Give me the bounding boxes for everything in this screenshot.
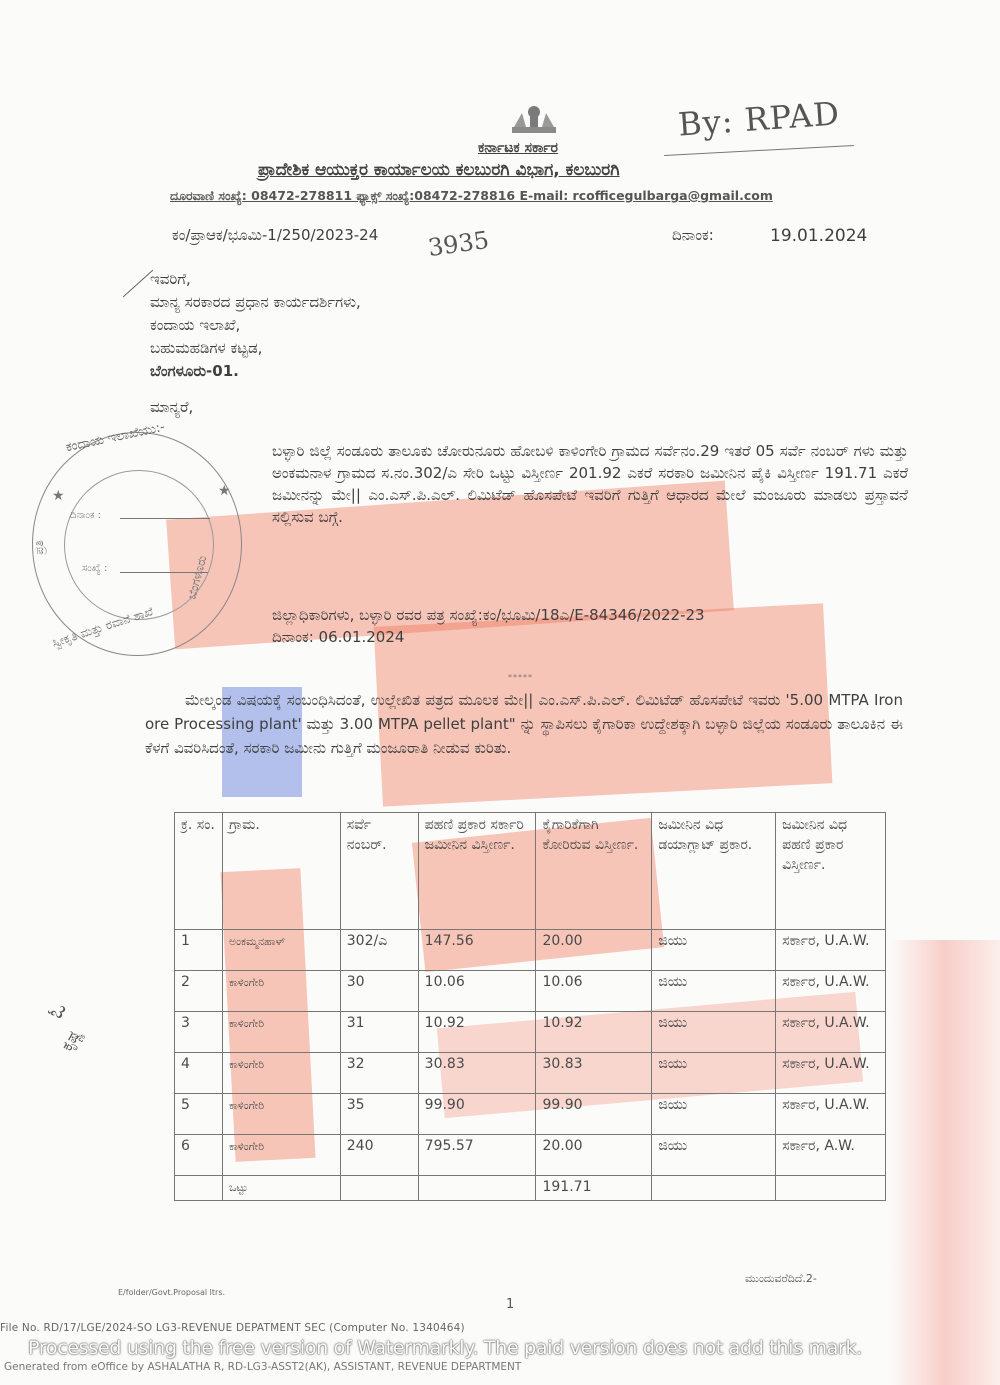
cell-type-diaglot: ಜಿಯು (652, 971, 776, 1012)
government-name: ಕರ್ನಾಟಕ ಸರ್ಕಾರ (478, 140, 558, 156)
cell-requested: 10.06 (536, 971, 652, 1012)
total-requested: 191.71 (536, 1176, 652, 1201)
cell-type-diaglot: ಜಿಯು (652, 1135, 776, 1176)
header-sl: ಕ್ರ. ಸಂ. (175, 813, 223, 930)
cell-govt-area: 10.06 (418, 971, 536, 1012)
cell-govt-area: 30.83 (418, 1053, 536, 1094)
reference-letter-text: ಜಿಲ್ಲಾಧಿಕಾರಿಗಳು, ಬಳ್ಳಾರಿ ರವರ ಪತ್ರ ಸಂಖ್ಯೆ… (272, 604, 912, 626)
cell-type-diaglot: ಜಿಯು (652, 1053, 776, 1094)
addressee-block: ಇವರಿಗೆ, ಮಾನ್ಯ ಸರಕಾರದ ಪ್ರಧಾನ ಕಾರ್ಯದರ್ಶಿಗಳ… (150, 268, 361, 383)
cell-village: ಕಾಳಿಂಗೇರಿ (222, 1012, 340, 1053)
scan-smear (890, 940, 1000, 1385)
handwritten-inward-number: 3935 (426, 226, 490, 262)
office-name: ಪ್ರಾದೇಶಿಕ ಆಯುಕ್ತರ ಕಾರ್ಯಾಲಯ ಕಲಬುರಗಿ ವಿಭಾಗ… (258, 160, 620, 180)
cell-type-pahani: ಸರ್ಕಾರ, U.A.W. (776, 971, 886, 1012)
header-village: ಗ್ರಾಮ. (222, 813, 340, 930)
cell-requested: 99.90 (536, 1094, 652, 1135)
cell-requested: 10.92 (536, 1012, 652, 1053)
addressee-city: ಬೆಂಗಳೂರು-01. (150, 360, 361, 383)
header-govt-area: ಪಹಣಿ ಪ್ರಕಾರ ಸರ್ಕಾರಿ ಜಮೀನಿನ ವಿಸ್ತೀರ್ಣ. (418, 813, 536, 930)
continued-note: ಮುಂದುವರೆದಿದೆ.2- (745, 1272, 817, 1286)
cell-govt-area: 10.92 (418, 1012, 536, 1053)
empty-cell (175, 1176, 223, 1201)
cell-survey: 32 (340, 1053, 418, 1094)
addressee-to: ಇವರಿಗೆ, (150, 268, 361, 291)
cell-survey: 35 (340, 1094, 418, 1135)
letter-date: 19.01.2024 (770, 226, 867, 246)
star-icon: ★ (218, 483, 231, 499)
cell-type-pahani: ಸರ್ಕಾರ, U.A.W. (776, 930, 886, 971)
header-type-pahani: ಜಮೀನಿನ ವಿಧ ಪಹಣಿ ಪ್ರಕಾರ ವಿಸ್ತೀರ್ಣ. (776, 813, 886, 930)
table-row: 5ಕಾಳಿಂಗೇರಿ3599.9099.90ಜಿಯುಸರ್ಕಾರ, U.A.W. (175, 1094, 886, 1135)
table-row: 3ಕಾಳಿಂಗೇರಿ3110.9210.92ಜಿಯುಸರ್ಕಾರ, U.A.W. (175, 1012, 886, 1053)
reference-letter-date: ದಿನಾಂಕ: 06.01.2024 (272, 626, 912, 648)
cell-govt-area: 99.90 (418, 1094, 536, 1135)
cell-type-pahani: ಸರ್ಕಾರ, U.A.W. (776, 1094, 886, 1135)
cell-type-diaglot: ಜಿಯು (652, 1094, 776, 1135)
cell-survey: 30 (340, 971, 418, 1012)
addressee-line: ಬಹುಮಹಡಿಗಳ ಕಟ್ಟಡ, (150, 337, 361, 360)
letter-reference-number: ಕಂ/ಪ್ರಾಆಕ/ಭೂಮಿ-1/250/2023-24 (172, 226, 378, 244)
separator: ***** (508, 673, 533, 682)
addressee-line: ಕಂದಾಯ ಇಲಾಖೆ, (150, 314, 361, 337)
table-total-row: ಒಟ್ಟು191.71 (175, 1176, 886, 1201)
header-requested-area: ಕೈಗಾರಿಕೆಗಾಗಿ ಕೋರಿರುವ ವಿಸ್ತೀರ್ಣ. (536, 813, 652, 930)
cell-village: ಕಾಳಿಂಗೇರಿ (222, 971, 340, 1012)
cell-sl: 4 (175, 1053, 223, 1094)
star-icon: ★ (52, 488, 65, 504)
date-label: ದಿನಾಂಕ: (672, 226, 714, 244)
header-type-diaglot: ಜಮೀನಿನ ವಿಧ ಡಯಾಗ್ಲಾಟ್ ಪ್ರಕಾರ. (652, 813, 776, 930)
cell-sl: 5 (175, 1094, 223, 1135)
table-row: 1ಅಂಕಮ್ಮನಹಾಳ್302/ಎ147.5620.00ಜಿಯುಸರ್ಕಾರ, … (175, 930, 886, 971)
handwritten-initials: ಓ (43, 998, 72, 1023)
subject-text: ಬಳ್ಳಾರಿ ಜಿಲ್ಲೆ ಸಂಡೂರು ತಾಲೂಕು ಚೋರುನೂರು ಹೋ… (272, 440, 908, 528)
empty-cell (340, 1176, 418, 1201)
stamp-date-line (120, 518, 210, 519)
header-survey: ಸರ್ವೆ ನಂಬರ್. (340, 813, 418, 930)
addressee-line: ಮಾನ್ಯ ಸರಕಾರದ ಪ್ರಧಾನ ಕಾರ್ಯದರ್ಶಿಗಳು, (150, 291, 361, 314)
cell-village: ಕಾಳಿಂಗೇರಿ (222, 1094, 340, 1135)
empty-cell (652, 1176, 776, 1201)
reference-letter: ಜಿಲ್ಲಾಧಿಕಾರಿಗಳು, ಬಳ್ಳಾರಿ ರವರ ಪತ್ರ ಸಂಖ್ಯೆ… (272, 604, 912, 648)
watermark-text: Processed using the free version of Wate… (28, 1337, 862, 1359)
land-details-table: ಕ್ರ. ಸಂ. ಗ್ರಾಮ. ಸರ್ವೆ ನಂಬರ್. ಪಹಣಿ ಪ್ರಕಾರ… (174, 812, 886, 1201)
cell-type-diaglot: ಜಿಯು (652, 1012, 776, 1053)
cell-village: ಕಾಳಿಂಗೇರಿ (222, 1135, 340, 1176)
cell-sl: 1 (175, 930, 223, 971)
stamp-left-text: ಪ್ರತಿ (32, 540, 47, 555)
page-number: 1 (506, 1297, 514, 1312)
empty-cell (776, 1176, 886, 1201)
handwritten-underline (664, 145, 854, 156)
karnataka-emblem-icon (506, 103, 562, 137)
empty-cell (418, 1176, 536, 1201)
cell-requested: 20.00 (536, 1135, 652, 1176)
body-paragraph: ಮೇಲ್ಕಂಡ ವಿಷಯಕ್ಕೆ ಸಂಬಂಧಿಸಿದಂತೆ, ಉಲ್ಲೇಖಿತ … (145, 688, 903, 760)
table-row: 4ಕಾಳಿಂಗೇರಿ3230.8330.83ಜಿಯುಸರ್ಕಾರ, U.A.W. (175, 1053, 886, 1094)
table-row: 2ಕಾಳಿಂಗೇರಿ3010.0610.06ಜಿಯುಸರ್ಕಾರ, U.A.W. (175, 971, 886, 1012)
cell-requested: 20.00 (536, 930, 652, 971)
cell-village: ಕಾಳಿಂಗೇರಿ (222, 1053, 340, 1094)
salutation: ಮಾನ್ಯರೆ, (150, 398, 193, 416)
cell-type-pahani: ಸರ್ಕಾರ, U.A.W. (776, 1053, 886, 1094)
total-label: ಒಟ್ಟು (222, 1176, 340, 1201)
cell-sl: 3 (175, 1012, 223, 1053)
table-row: 6ಕಾಳಿಂಗೇರಿ240795.5720.00ಜಿಯುಸರ್ಕಾರ, A.W. (175, 1135, 886, 1176)
generated-by: Generated from eOffice by ASHALATHA R, R… (4, 1361, 521, 1373)
cell-govt-area: 795.57 (418, 1135, 536, 1176)
cell-survey: 31 (340, 1012, 418, 1053)
cell-requested: 30.83 (536, 1053, 652, 1094)
cell-type-pahani: ಸರ್ಕಾರ, A.W. (776, 1135, 886, 1176)
table-header-row: ಕ್ರ. ಸಂ. ಗ್ರಾಮ. ಸರ್ವೆ ನಂಬರ್. ಪಹಣಿ ಪ್ರಕಾರ… (175, 813, 886, 930)
cell-type-diaglot: ಜಿಯು (652, 930, 776, 971)
cell-sl: 2 (175, 971, 223, 1012)
stamp-number-field: ಸಂಖ್ಯೆ : (82, 563, 107, 574)
handwritten-mark: By: RPAD (677, 94, 841, 143)
cell-survey: 240 (340, 1135, 418, 1176)
cell-survey: 302/ಎ (340, 930, 418, 971)
handwritten-signature: ಕೃಷ್ಣ (57, 1025, 85, 1054)
cell-sl: 6 (175, 1135, 223, 1176)
cell-govt-area: 147.56 (418, 930, 536, 971)
cell-village: ಅಂಕಮ್ಮನಹಾಳ್ (222, 930, 340, 971)
cell-type-pahani: ಸರ್ಕಾರ, U.A.W. (776, 1012, 886, 1053)
stamp-date-field: ದಿನಾಂಕ : (70, 510, 101, 521)
handwritten-tick (123, 270, 153, 298)
office-contact: ದೂರವಾಣಿ ಸಂಖ್ಯೆ: 08472-278811 ಫ್ಯಾಕ್ಸ್ ಸಂ… (170, 188, 773, 204)
file-number: File No. RD/17/LGE/2024-SO LG3-REVENUE D… (0, 1322, 465, 1334)
efolder-path: E/folder/Govt.Proposal ltrs. (118, 1288, 225, 1297)
